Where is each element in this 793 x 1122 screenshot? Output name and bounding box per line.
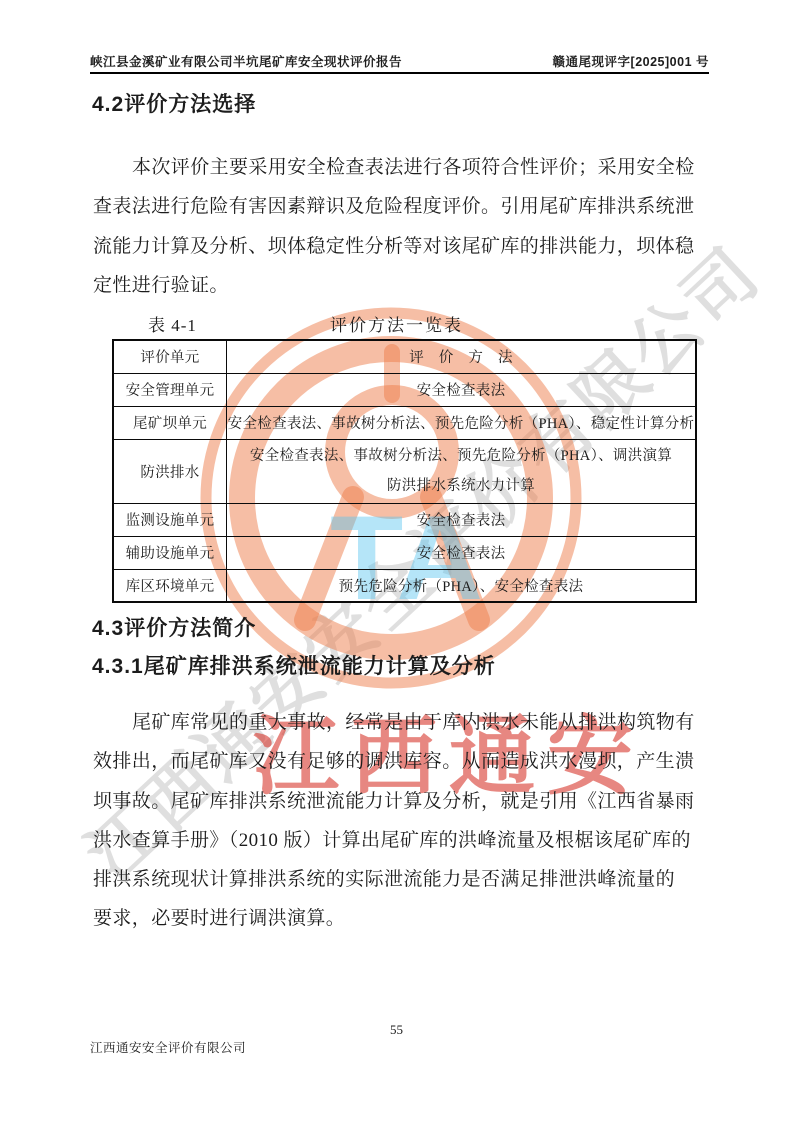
page-number: 55 bbox=[0, 1022, 793, 1038]
method-line: 防洪排水系统水力计算 bbox=[227, 471, 695, 501]
paragraph-line: 查表法进行危险有害因素辩识及危险程度评价。引用尾矿库排洪系统泄 bbox=[93, 187, 713, 226]
method-cell: 安全检查表法、事故树分析法、预先危险分析（PHA）、调洪演算 防洪排水系统水力计… bbox=[227, 439, 697, 503]
unit-cell: 监测设施单元 bbox=[113, 503, 227, 536]
section-heading-4-3: 4.3评价方法简介 bbox=[92, 616, 256, 641]
paragraph-line: 洪水查算手册》（2010 版）计算出尾矿库的洪峰流量及根椐该尾矿库的 bbox=[93, 821, 713, 860]
paragraph-line: 效排出，而尾矿库又没有足够的调洪库容。从而造成洪水漫坝，产生溃 bbox=[93, 742, 713, 781]
method-cell: 安全检查表法 bbox=[227, 503, 697, 536]
section-heading-4-3-1: 4.3.1尾矿库排洪系统泄流能力计算及分析 bbox=[92, 654, 496, 679]
table-header-unit: 评价单元 bbox=[113, 340, 227, 373]
header-rule bbox=[90, 72, 709, 74]
method-line: 安全检查表法、事故树分析法、预先危险分析（PHA）、调洪演算 bbox=[227, 441, 695, 471]
paragraph-4-2: 本次评价主要采用安全检查表法进行各项符合性评价；采用安全检 查表法进行危险有害因… bbox=[93, 148, 713, 305]
unit-cell: 尾矿坝单元 bbox=[113, 406, 227, 439]
paragraph-line: 坝事故。尾矿库排洪系统泄流能力计算及分析，就是引用《江西省暴雨 bbox=[93, 782, 713, 821]
page-content: 峡江县金溪矿业有限公司半坑尾矿库安全现状评价报告 赣通尾现评字[2025]001… bbox=[0, 0, 793, 1122]
paragraph-line: 尾矿库常见的重大事故，经常是由于库内洪水未能从排洪构筑物有 bbox=[93, 703, 713, 742]
table-header-method: 评 价 方 法 bbox=[227, 340, 697, 373]
evaluation-methods-table: 评价单元 评 价 方 法 安全管理单元 安全检查表法 尾矿坝单元 安全检查表法、… bbox=[112, 339, 697, 603]
table-header-row: 评价单元 评 价 方 法 bbox=[113, 340, 696, 373]
table-row: 库区环境单元 预先危险分析（PHA）、安全检查表法 bbox=[113, 569, 696, 602]
paragraph-line: 本次评价主要采用安全检查表法进行各项符合性评价；采用安全检 bbox=[93, 148, 713, 187]
table-caption-title: 评价方法一览表 bbox=[330, 311, 463, 336]
method-cell: 安全检查表法、事故树分析法、预先危险分析（PHA）、稳定性计算分析 bbox=[227, 406, 697, 439]
header-report-title: 峡江县金溪矿业有限公司半坑尾矿库安全现状评价报告 bbox=[90, 52, 402, 70]
table-row: 防洪排水 安全检查表法、事故树分析法、预先危险分析（PHA）、调洪演算 防洪排水… bbox=[113, 439, 696, 503]
unit-cell: 辅助设施单元 bbox=[113, 536, 227, 569]
footer-company-name: 江西通安安全评价有限公司 bbox=[90, 1038, 246, 1056]
paragraph-line: 流能力计算及分析、坝体稳定性分析等对该尾矿库的排洪能力，坝体稳 bbox=[93, 227, 713, 266]
method-cell: 安全检查表法 bbox=[227, 536, 697, 569]
paragraph-4-3-1: 尾矿库常见的重大事故，经常是由于库内洪水未能从排洪构筑物有 效排出，而尾矿库又没… bbox=[93, 703, 713, 939]
method-cell: 预先危险分析（PHA）、安全检查表法 bbox=[227, 569, 697, 602]
unit-cell: 安全管理单元 bbox=[113, 373, 227, 406]
unit-cell: 防洪排水 bbox=[113, 439, 227, 503]
paragraph-line: 定性进行验证。 bbox=[93, 266, 713, 305]
unit-cell: 库区环境单元 bbox=[113, 569, 227, 602]
table-caption-label: 表 4-1 bbox=[148, 311, 197, 336]
paragraph-line: 要求，必要时进行调洪演算。 bbox=[93, 899, 713, 938]
document-page: 江西通安安全评价有限公司 TA 江西通安 峡江县金溪矿业有限公司半坑尾矿库安全现… bbox=[0, 0, 793, 1122]
header-doc-number: 赣通尾现评字[2025]001 号 bbox=[553, 52, 709, 70]
table-row: 辅助设施单元 安全检查表法 bbox=[113, 536, 696, 569]
method-cell: 安全检查表法 bbox=[227, 373, 697, 406]
table-row: 尾矿坝单元 安全检查表法、事故树分析法、预先危险分析（PHA）、稳定性计算分析 bbox=[113, 406, 696, 439]
table-row: 监测设施单元 安全检查表法 bbox=[113, 503, 696, 536]
section-heading-4-2: 4.2评价方法选择 bbox=[92, 92, 256, 117]
table-row: 安全管理单元 安全检查表法 bbox=[113, 373, 696, 406]
paragraph-line: 排洪系统现状计算排洪系统的实际泄流能力是否满足排泄洪峰流量的 bbox=[93, 860, 713, 899]
